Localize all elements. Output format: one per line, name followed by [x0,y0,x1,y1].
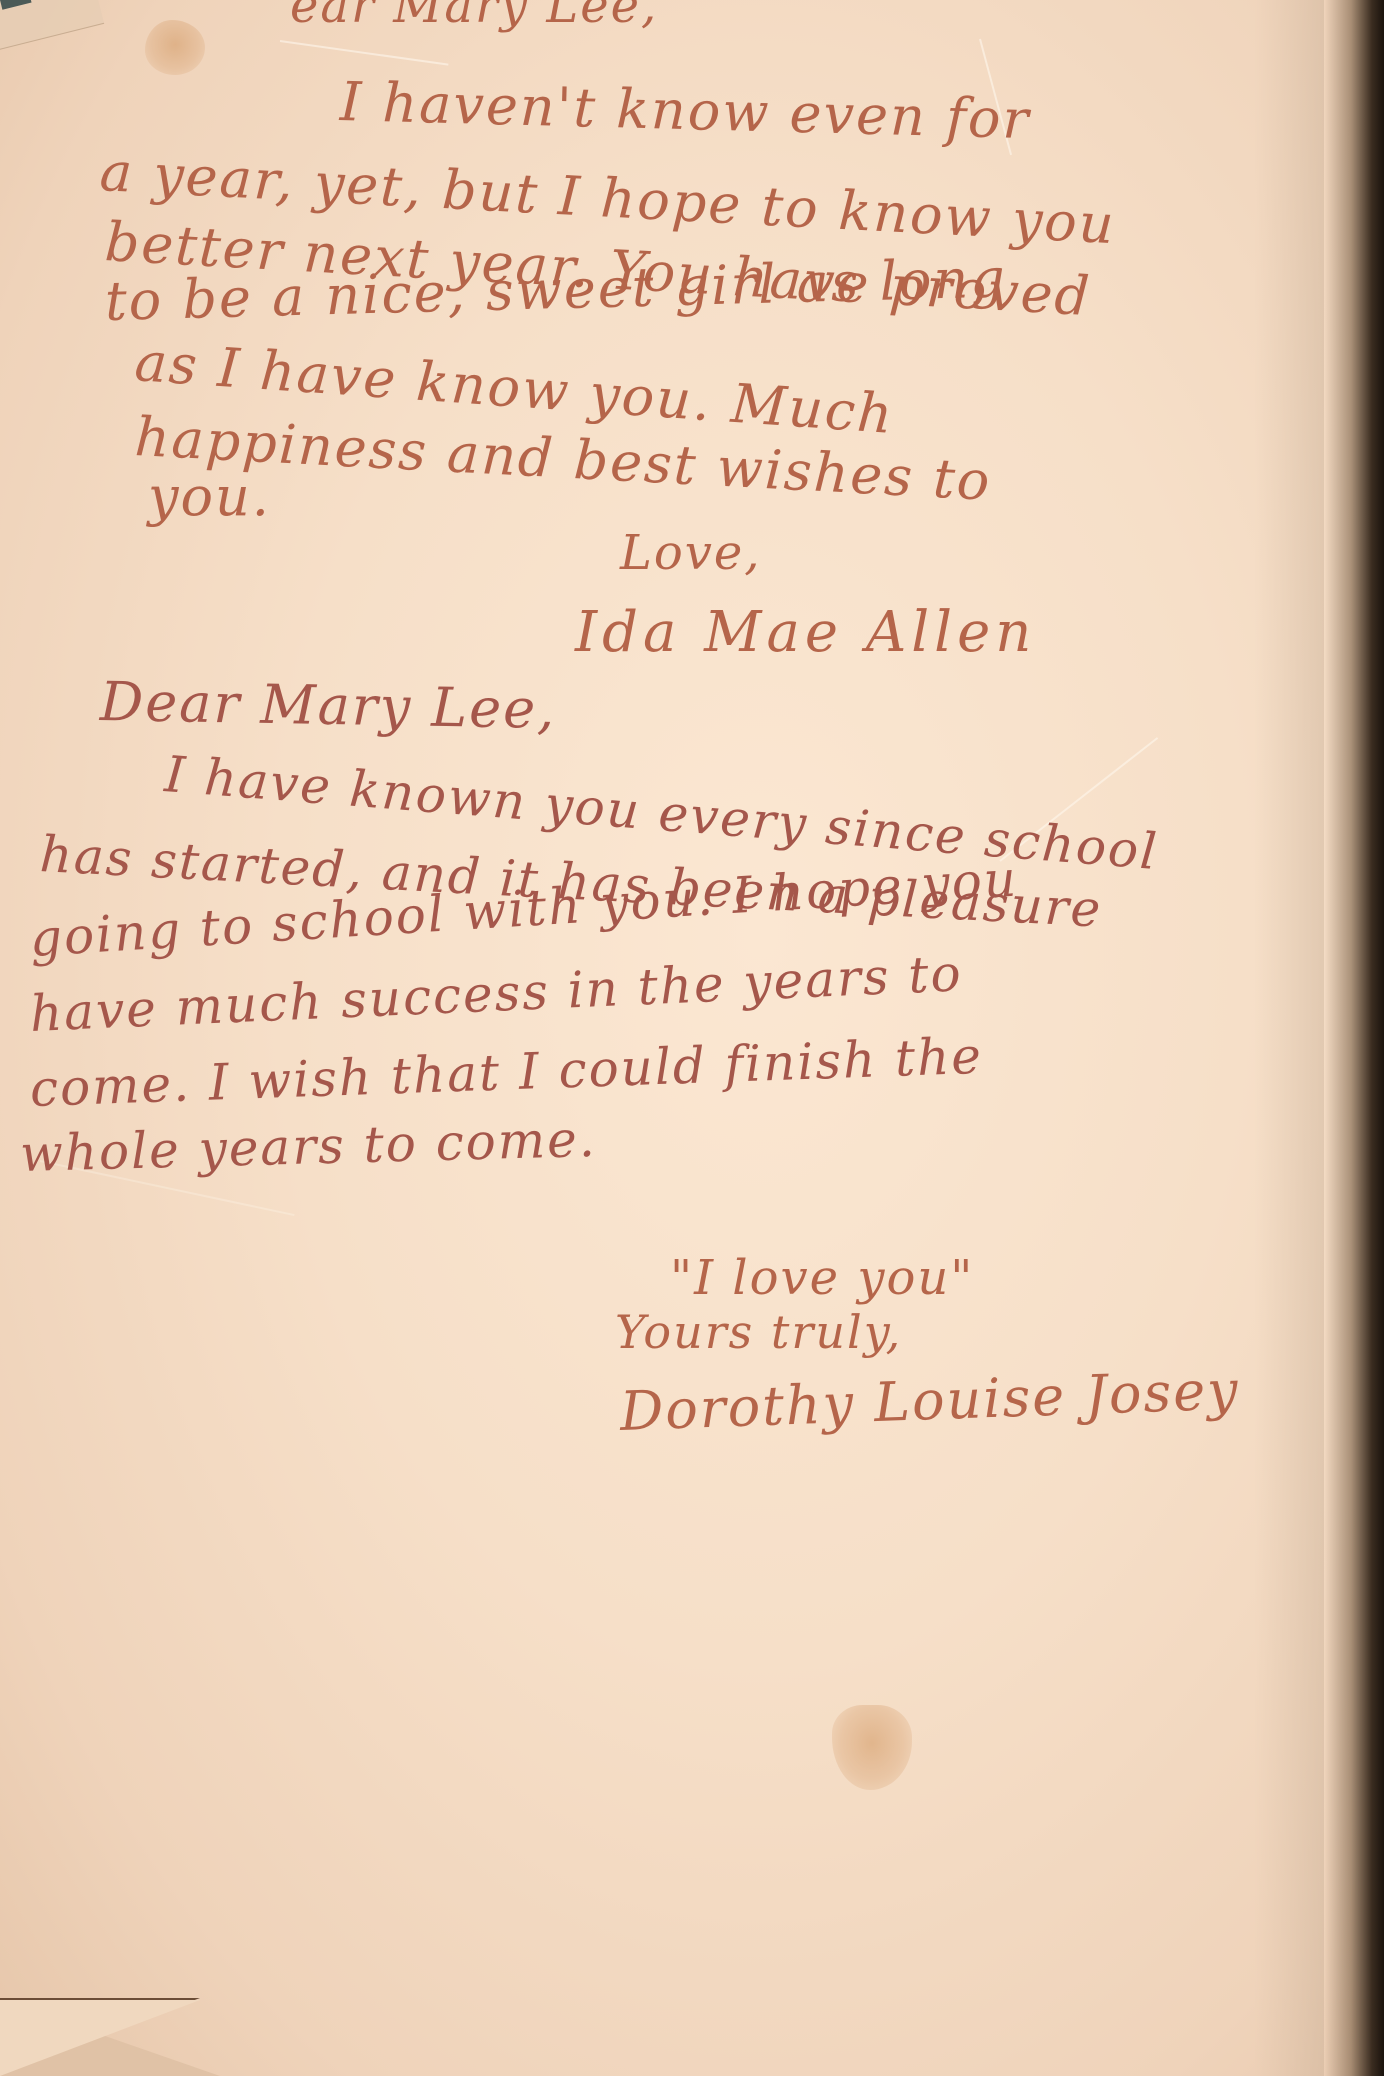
paper-crease [280,40,449,66]
page-edge-highlight [1254,0,1324,2076]
signature: Dorothy Louise Josey [619,1358,1241,1443]
closing: Love, [620,525,762,581]
salutation: ear Mary Lee, [290,0,658,34]
letter-line: I haven't know even for [339,70,1031,151]
letter-line: whole years to come. [19,1110,597,1183]
stain-top-left [145,20,205,75]
stain-bottom [832,1705,912,1790]
letter-line: come. I wish that I could finish the [29,1027,984,1118]
letter-line: you. [148,465,271,528]
closing: Yours truly, [615,1305,902,1359]
folded-corner [0,2000,200,2076]
signature: Ida Mae Allen [575,600,1036,665]
letter-page: ear Mary Lee, I haven't know even for a … [0,0,1384,2076]
page-edge-shadow [1324,0,1384,2076]
corner-tape [0,0,104,53]
salutation: Dear Mary Lee, [99,670,556,741]
quote: "I love you" [670,1250,974,1306]
